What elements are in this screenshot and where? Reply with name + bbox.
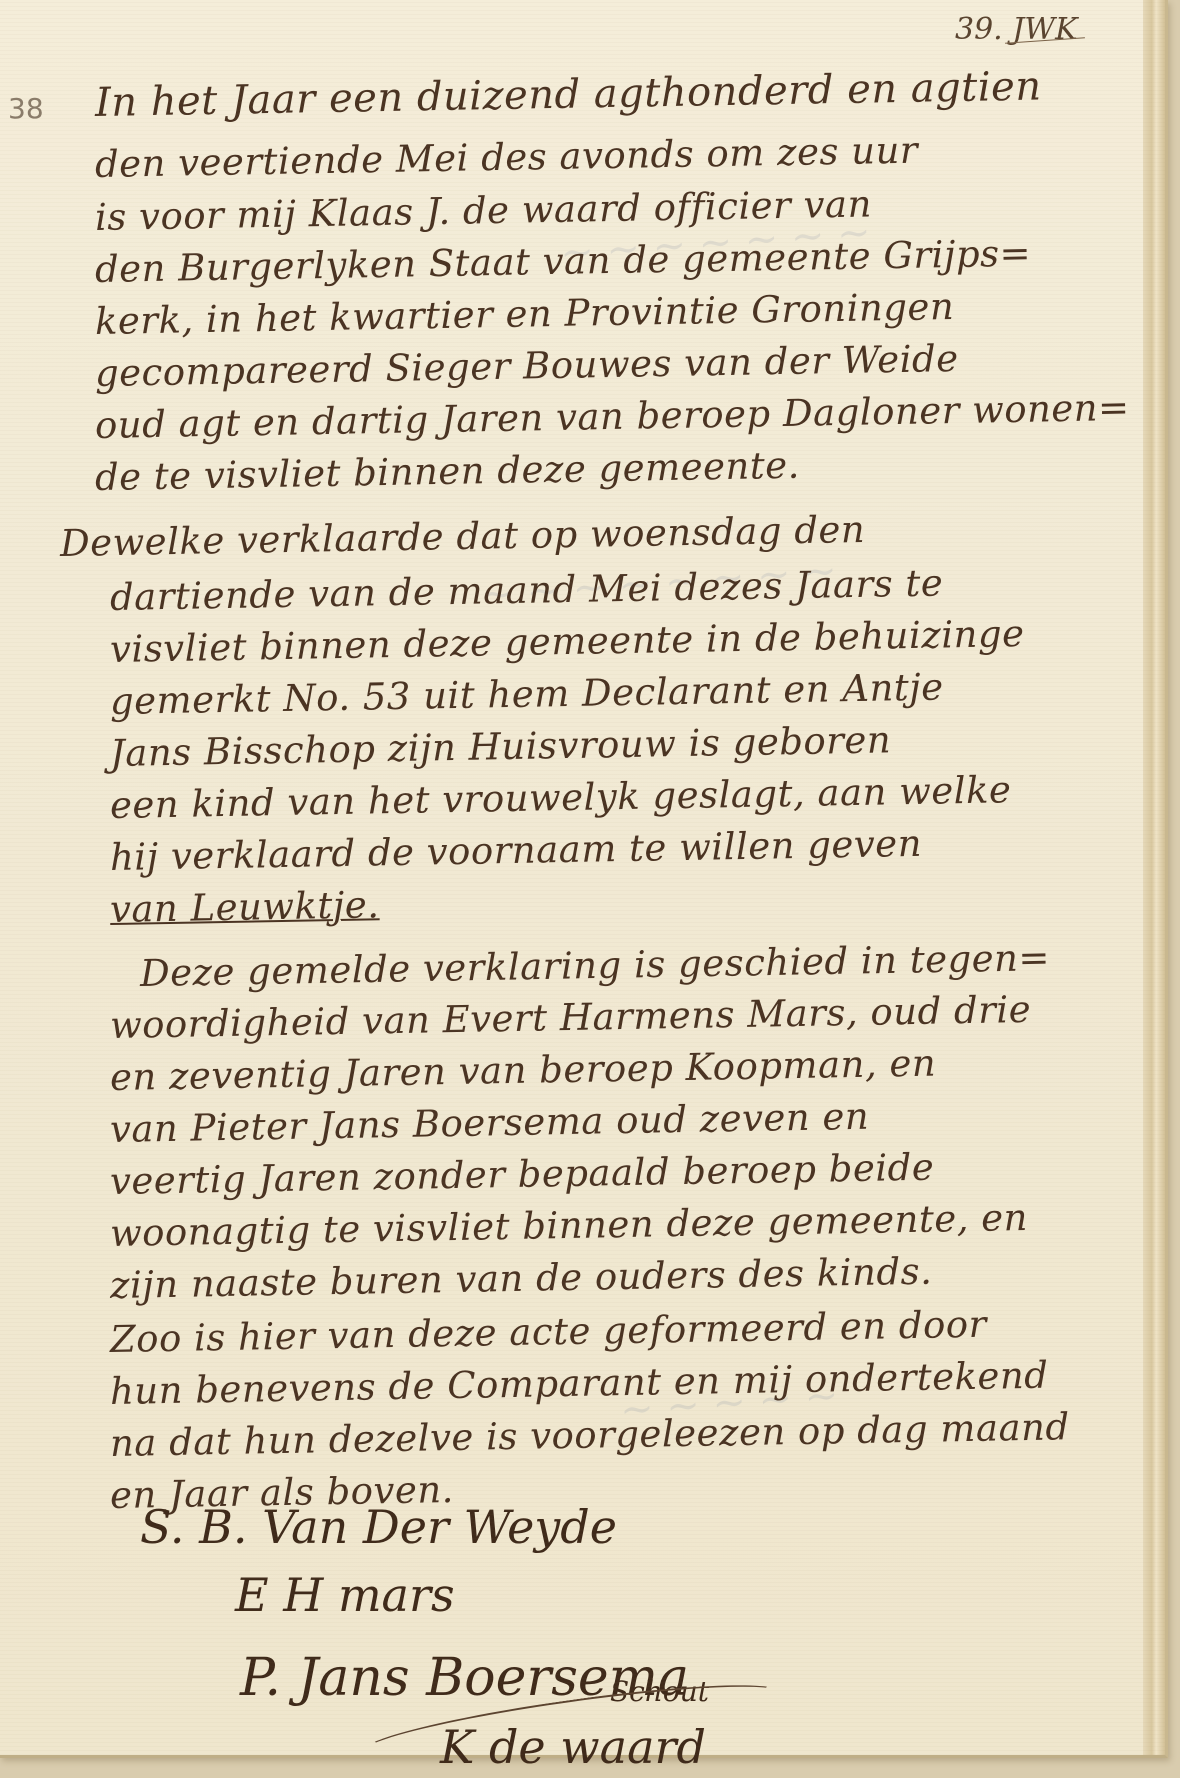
text-line: den veertiende Mei des avonds om zes uur (95, 129, 919, 186)
text-line: is voor mij Klaas J. de waard officier v… (95, 182, 873, 239)
text-line: na dat hun dezelve is voorgeleezen op da… (110, 1405, 1070, 1465)
text-line: woordigheid van Evert Harmens Mars, oud … (110, 988, 1032, 1047)
manuscript-page: ~ ~ ~ ~ ~ ~ ~ ~ ~ ~ ~ ~ ~ ~ ~ ~ ~ ~ ~ ~ … (0, 0, 1168, 1758)
text-line: de te visvliet binnen deze gemeente. (95, 444, 801, 499)
text-line: oud agt en dartig Jaren van beroep Daglo… (95, 386, 1130, 447)
text-line: visvliet binnen deze gemeente in de behu… (110, 612, 1025, 671)
text-line: kerk, in het kwartier en Provintie Groni… (95, 285, 955, 343)
text-line: hun benevens de Comparant en mij onderte… (110, 1354, 1049, 1413)
child-name-line: van Leuwktje. (110, 883, 380, 931)
text-line: veertig Jaren zonder bepaald beroep beid… (110, 1146, 935, 1203)
text-line: den Burgerlyken Staat van de gemeente Gr… (95, 232, 1032, 291)
margin-entry-number: 38 (8, 92, 44, 125)
text-line: gemerkt No. 53 uit hem Declarant en Antj… (110, 665, 944, 723)
text-line: een kind van het vrouwelyk geslagt, aan … (110, 768, 1012, 827)
text-line: Deze gemelde verklaring is geschied in t… (140, 936, 1051, 995)
text-line: en zeventig Jaren van beroep Koopman, en (110, 1042, 937, 1099)
text-line: dartiende van de maand Mei dezes Jaars t… (110, 561, 944, 619)
text-line: In het Jaar een duizend agthonderd en ag… (95, 63, 1042, 126)
text-line: Zoo is hier van deze acte geformeerd en … (110, 1303, 987, 1361)
text-line: van Pieter Jans Boersema oud zeven en (110, 1095, 870, 1151)
signature-witness-mars: E H mars (235, 1568, 455, 1622)
signature-declarant: S. B. Van Der Weyde (140, 1500, 617, 1554)
text-line: Jans Bisschop zijn Huisvrouw is geboren (110, 718, 892, 775)
text-line: gecompareerd Sieger Bouwes van der Weide (95, 337, 959, 395)
text-line: zijn naaste buren van de ouders des kind… (110, 1250, 933, 1307)
book-spine (1143, 0, 1165, 1755)
text-line: hij verklaard de voornaam te willen geve… (110, 822, 923, 879)
text-line: Dewelke verklaarde dat op woensdag den (60, 508, 866, 565)
text-line: woonagtig te visvliet binnen deze gemeen… (110, 1196, 1029, 1255)
